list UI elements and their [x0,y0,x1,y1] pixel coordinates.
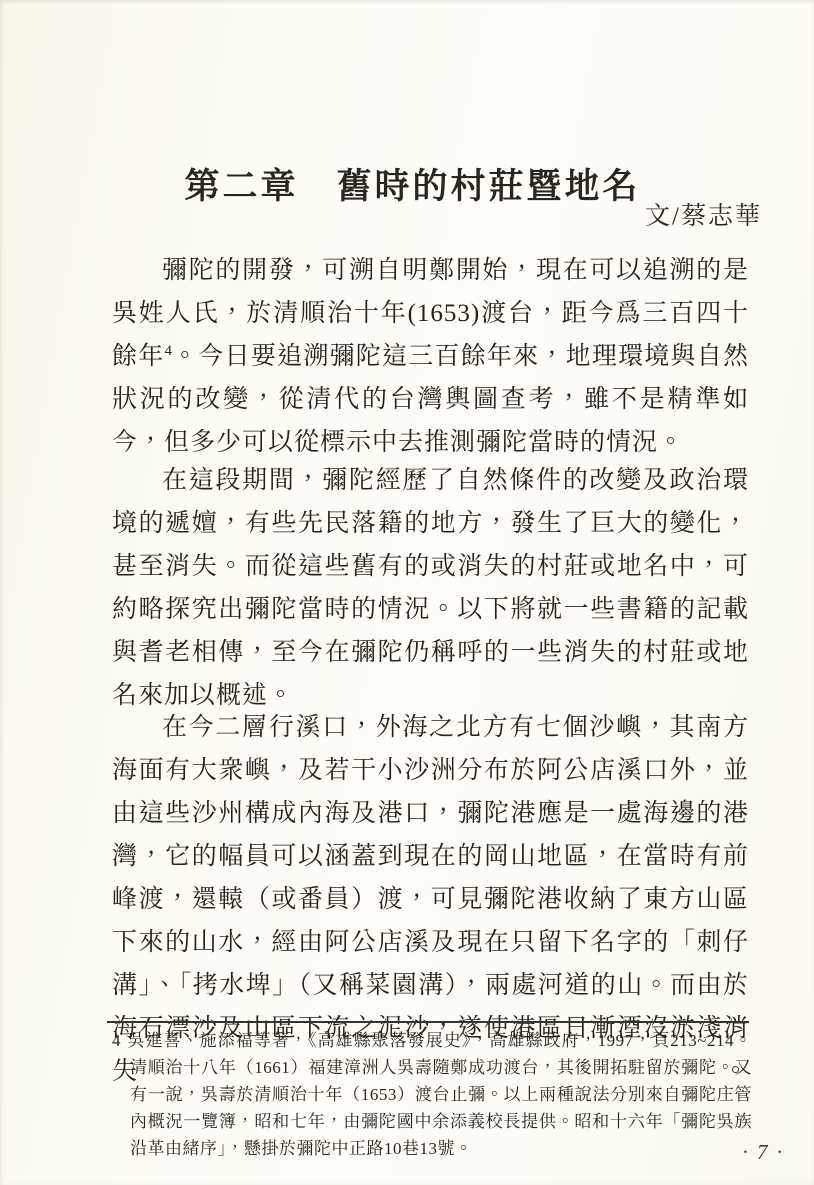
footnote-reference-4: 4 [164,343,172,359]
footnote-4: 4吳進喜、施添福等著，《高雄縣聚落發展史》，高雄縣政府，1997，頁213~21… [112,1027,752,1162]
author-byline: 文/蔡志華 [112,199,762,235]
scanned-book-page: 第二章 舊時的村莊暨地名 文/蔡志華 彌陀的開發，可溯自明鄭開始，現在可以追溯的… [0,0,814,1185]
paragraph-1: 彌陀的開發，可溯自明鄭開始，現在可以追溯的是吳姓人氏，於清順治十年(1653)渡… [112,249,749,464]
footnote-separator-line [107,1021,749,1023]
paragraph-2: 在這段期間，彌陀經歷了自然條件的改變及政治環境的遞嬗，有些先民落籍的地方，發生了… [112,459,749,717]
footnote-text: 吳進喜、施添福等著，《高雄縣聚落發展史》，高雄縣政府，1997，頁213~214… [127,1031,752,1158]
footnote-marker: 4 [112,1031,121,1050]
page-number: · 7 · [743,1140,785,1165]
paragraph-1-text-continued: 。今日要追溯彌陀這三百餘年來，地理環境與自然狀況的改變，從清代的台灣輿圖查考，雖… [112,343,749,456]
